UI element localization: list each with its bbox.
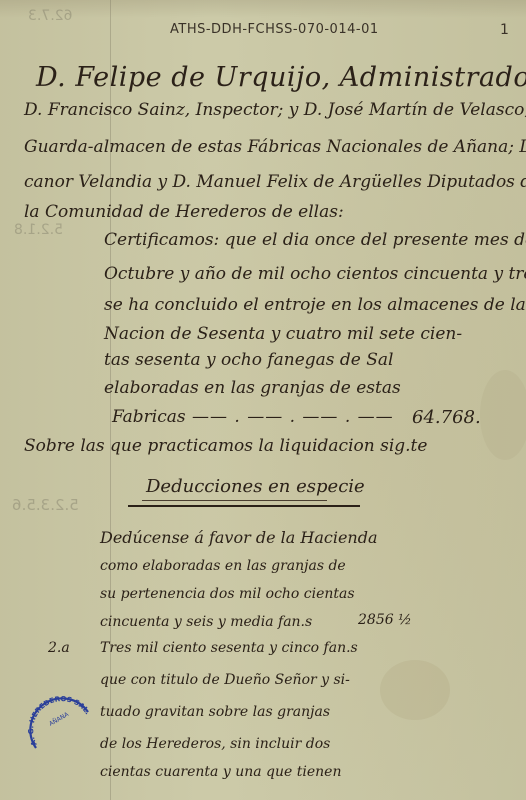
certification-line: se ha concluido el entroje en los almace… bbox=[104, 295, 526, 315]
deduction-line: Tres mil ciento sesenta y cinco fan.s bbox=[100, 640, 358, 656]
header-line: D. Felipe de Urquijo, Administrador: bbox=[36, 62, 526, 93]
certification-line: Certificamos: que el dia once del presen… bbox=[104, 230, 526, 250]
margin-note: 5.2.1.8 bbox=[14, 222, 63, 238]
header-line: la Comunidad de Herederos de ellas: bbox=[24, 202, 344, 222]
paper-stain bbox=[480, 370, 526, 460]
deduction-line: tuado gravitan sobre las granjas bbox=[100, 704, 330, 720]
total-leader: —— . —— . —— . —— bbox=[192, 407, 394, 427]
svg-text:AÑANA: AÑANA bbox=[48, 711, 71, 728]
header-line: canor Velandia y D. Manuel Felix de Argü… bbox=[24, 172, 526, 192]
margin-note: 62.7.3 bbox=[28, 8, 73, 24]
heading-underline bbox=[128, 505, 360, 507]
margin-note: 5.2.3.5.6 bbox=[12, 496, 79, 514]
deduction-line: Dedúcense á favor de la Hacienda bbox=[100, 528, 378, 547]
total-amount: 64.768. bbox=[412, 407, 481, 428]
archive-stamp-icon: A. G. HEREDEROS SAL... AÑANA bbox=[24, 688, 90, 754]
header-line: Guarda-almacen de estas Fábricas Naciona… bbox=[24, 137, 526, 157]
deduction-line: cincuenta y seis y media fan.s bbox=[100, 614, 312, 630]
certification-line: Octubre y año de mil ocho cientos cincue… bbox=[104, 264, 526, 284]
total-label: Fabricas bbox=[112, 407, 186, 427]
page-number: 1 bbox=[500, 22, 509, 38]
deduction-marker: 2.a bbox=[48, 640, 70, 656]
certification-line: elaboradas en las granjas de estas bbox=[104, 378, 401, 398]
certification-line: tas sesenta y ocho fanegas de Sal bbox=[104, 350, 393, 370]
certification-line: Nacion de Sesenta y cuatro mil sete cien… bbox=[104, 324, 462, 344]
deduction-line: cientas cuarenta y una que tienen bbox=[100, 764, 341, 780]
deduction-line: como elaboradas en las granjas de bbox=[100, 558, 346, 574]
deduction-amount: 2856 ½ bbox=[358, 612, 412, 628]
deduction-line: su pertenencia dos mil ocho cientas bbox=[100, 586, 355, 602]
liquidation-line: Sobre las que practicamos la liquidacion… bbox=[24, 436, 427, 456]
heading-underline bbox=[142, 500, 327, 501]
section-heading: Deducciones en especie bbox=[146, 476, 365, 497]
header-line: D. Francisco Sainz, Inspector; y D. José… bbox=[24, 100, 526, 120]
paper-stain bbox=[380, 660, 450, 720]
deduction-line: que con titulo de Dueño Señor y si- bbox=[100, 672, 350, 688]
reference-code: ATHS-DDH-FCHSS-070-014-01 bbox=[170, 22, 379, 37]
deduction-line: de los Herederos, sin incluir dos bbox=[100, 736, 330, 752]
